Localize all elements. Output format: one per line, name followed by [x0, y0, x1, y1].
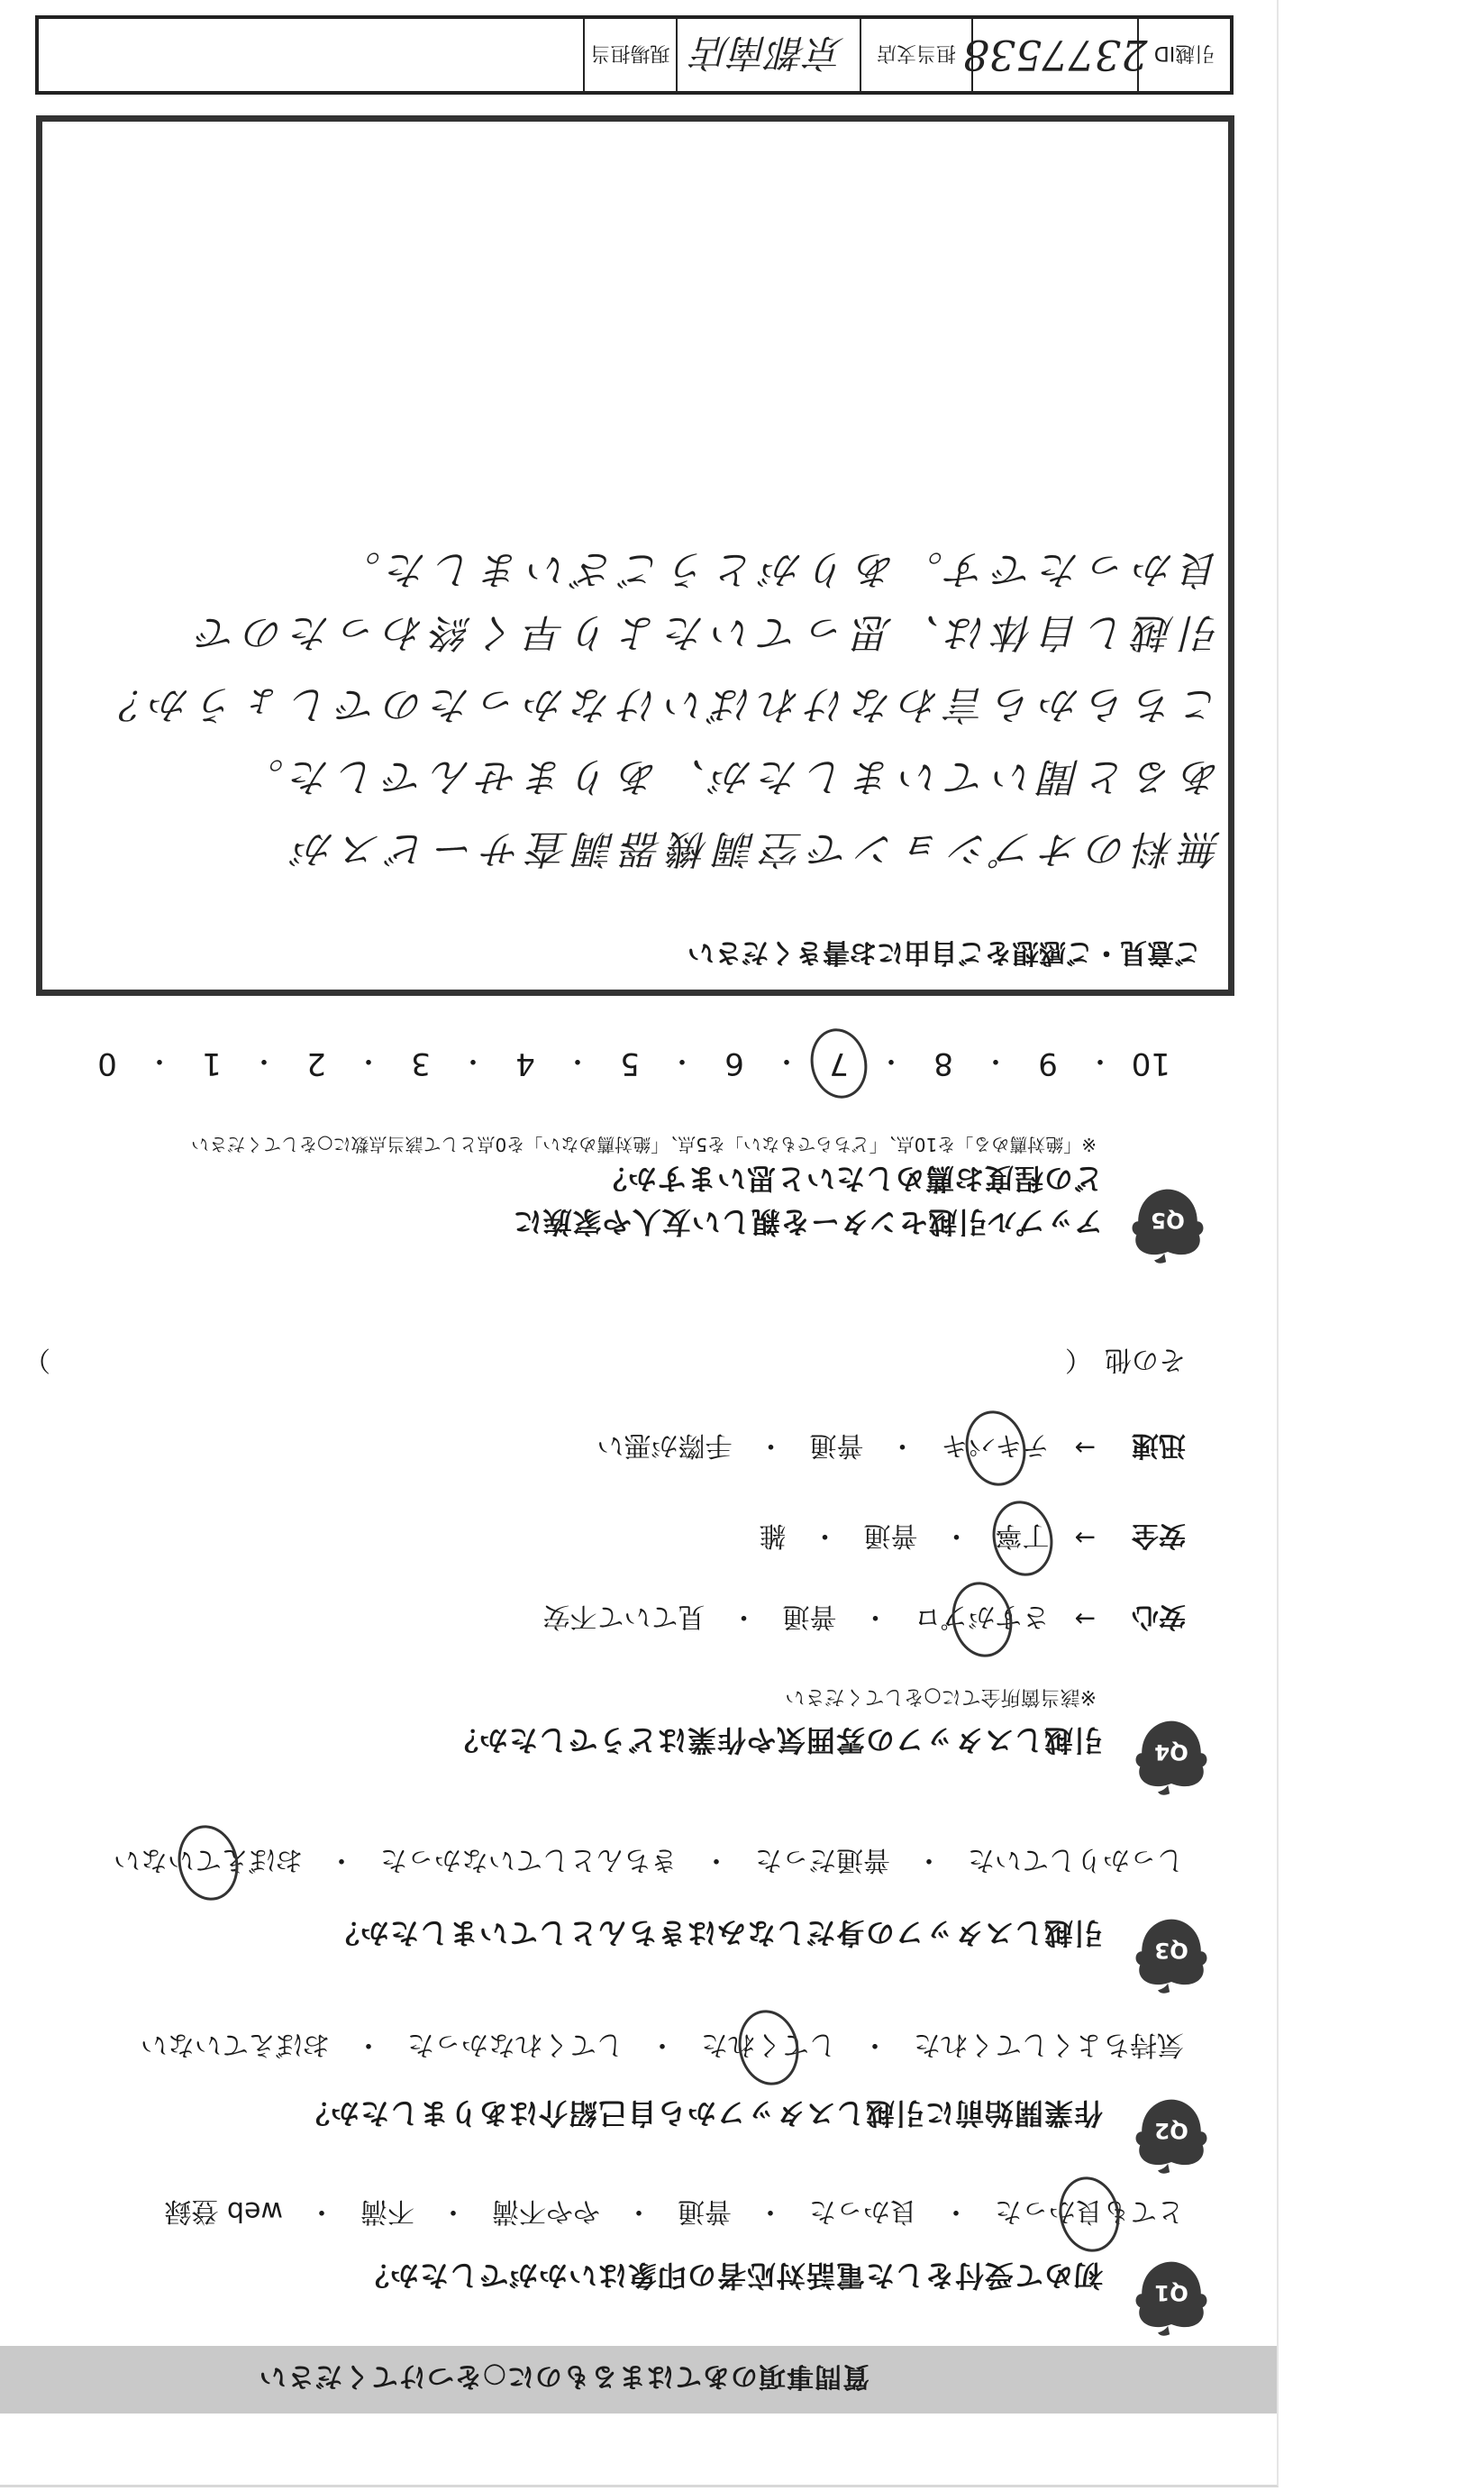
q4-anshin-option-pro[interactable]: さすがプロ: [913, 1600, 1052, 1639]
branch-value-cell[interactable]: 京都南店: [676, 19, 860, 91]
move-id-label: 引越ID: [1154, 41, 1215, 69]
staff-label-cell: 現場担当: [583, 19, 676, 91]
q1-option-somewhat-dissatisfied[interactable]: やや不満: [490, 2194, 602, 2234]
branch-label: 担当支店: [877, 41, 956, 69]
staff-value-cell[interactable]: [39, 19, 583, 91]
q2-option-yes[interactable]: してくれた: [699, 2028, 838, 2067]
q1-option-normal[interactable]: 普通: [676, 2194, 733, 2234]
score-10[interactable]: 10: [1134, 1045, 1170, 1081]
comment-box[interactable]: ご意見・ご感想をご自由にお書きください 無料のオプションで空調機器調査サービスが…: [36, 115, 1234, 996]
q3-title: 引越しスタッフの身だしなみはきちんとしていましたか？: [330, 1914, 1103, 1956]
q4-row-reassurance: 安心 → さすがプロ・ 普通・ 見ていて不安: [542, 1600, 1186, 1639]
survey-sheet: 質問事項のあてはまるものに○をつけてください Q1 初めて受付をした電話対応者の…: [0, 0, 1484, 2491]
move-id-value: 2377538: [963, 31, 1148, 79]
q4-row-label: 迅速: [1096, 1428, 1186, 1468]
q4-jinsoku-option-brisk[interactable]: テキパキ: [940, 1428, 1052, 1468]
move-id-value-cell[interactable]: 2377538: [971, 19, 1137, 91]
comment-line-2: あると聞いていましたが、ありませんでした。: [237, 752, 1221, 809]
move-info-table: 引越ID 2377538 担当支店 京都南店 現場担当: [35, 15, 1234, 95]
comment-line-5: 良かったです。ありがとうございました。: [334, 544, 1221, 602]
q2-option-no[interactable]: してくれなかった: [405, 2028, 625, 2067]
apple-q1-badge-icon: Q1: [1131, 2257, 1212, 2338]
q2-option-pleasantly[interactable]: 気持ちよくしてくれた: [912, 2028, 1186, 2067]
q4-row-label: 安心: [1096, 1600, 1186, 1639]
comment-line-3: こちらから言わなければいけなかったのでしょうか？: [96, 680, 1221, 737]
instructions-band: 質問事項のあてはまるものに○をつけてください: [0, 2346, 1277, 2413]
q4-row-speed: 迅速 → テキパキ・ 普通・ 手際が悪い: [596, 1428, 1186, 1468]
q4-other-row: その他 （ ）: [23, 1343, 1186, 1382]
score-8[interactable]: 8: [925, 1045, 961, 1081]
instructions-text: 質問事項のあてはまるものに○をつけてください: [259, 2360, 869, 2400]
arrow-right-icon: →: [1075, 1524, 1096, 1554]
q4-jinsoku-option-normal[interactable]: 普通: [808, 1428, 866, 1468]
q3-option-not-neat[interactable]: きちんとしていなかった: [378, 1843, 679, 1883]
q1-option-web[interactable]: web 登録: [162, 2194, 285, 2234]
q4-anzen-option-sloppy[interactable]: 雑: [758, 1519, 788, 1558]
q2-options: 気持ちよくしてくれた・ してくれた・ してくれなかった・ おぼえていない: [139, 2028, 1186, 2067]
q5-score-scale: 10・ 9・ 8・ 7・ 6・ 5・ 4・ 3・ 2・ 1・ 0: [89, 1044, 1170, 1083]
q4-title: 引越しスタッフの雰囲気や作業はどうでしたか？: [449, 1721, 1103, 1763]
move-id-label-cell: 引越ID: [1137, 19, 1230, 91]
apple-q3-badge-icon: Q3: [1131, 1914, 1212, 1995]
arrow-right-icon: →: [1075, 1605, 1096, 1635]
q4-anshin-option-normal[interactable]: 普通: [781, 1600, 839, 1639]
comment-line-4: 引越し自体は、思っていたより早く終わったので: [190, 607, 1221, 665]
q4-anzen-option-normal[interactable]: 普通: [862, 1519, 920, 1558]
score-9[interactable]: 9: [1030, 1045, 1066, 1081]
q3-options: しっかりしていた・ 普通だった・ きちんとしていなかった・ おぼえていない: [112, 1843, 1186, 1883]
svg-text:Q5: Q5: [1151, 1208, 1185, 1234]
q4-jinsoku-option-clumsy[interactable]: 手際が悪い: [596, 1428, 734, 1468]
score-6[interactable]: 6: [716, 1045, 752, 1081]
score-1[interactable]: 1: [194, 1045, 230, 1081]
q3-option-neat[interactable]: しっかりしていた: [966, 1843, 1186, 1883]
q5-note: ※「絶対薦める」を10点、「どちらでもない」を5点、「絶対薦めない」を0点として…: [191, 1133, 1097, 1159]
q4-other-label: その他: [1105, 1343, 1186, 1382]
svg-text:Q3: Q3: [1154, 1938, 1188, 1964]
branch-value: 京都南店: [693, 28, 844, 82]
q2-option-dont-remember[interactable]: おぼえていない: [139, 2028, 332, 2067]
q3-option-normal[interactable]: 普通だった: [753, 1843, 892, 1883]
comment-line-1: 無料のオプションで空調機器調査サービスが: [287, 824, 1221, 881]
comment-heading: ご意見・ご感想をご自由にお書きください: [687, 935, 1201, 975]
q4-row-safety: 安全 → 丁寧・ 普通・ 雑: [758, 1519, 1186, 1558]
apple-q4-badge-icon: Q4: [1131, 1716, 1212, 1797]
q4-anshin-option-anxious[interactable]: 見ていて不安: [542, 1600, 707, 1639]
score-4[interactable]: 4: [507, 1045, 543, 1081]
staff-label: 現場担当: [591, 41, 670, 69]
q1-option-dissatisfied[interactable]: 不満: [359, 2194, 416, 2234]
q2-title: 作業開始前に引越しスタッフから自己紹介はありましたか？: [300, 2094, 1103, 2136]
q5-title-line2: どの程度お薦めしたいと思いますか？: [597, 1160, 1103, 1201]
q4-row-label: 安全: [1096, 1519, 1186, 1558]
q4-other-open-paren: （: [1065, 1343, 1092, 1382]
q1-options: とても良かった・ 良かった・ 普通・ やや不満・ 不満・ web 登録: [162, 2194, 1186, 2234]
score-5[interactable]: 5: [612, 1045, 648, 1081]
q4-anzen-option-careful[interactable]: 丁寧: [994, 1519, 1052, 1558]
q4-note: ※該当箇所全てに○をしてください: [785, 1684, 1097, 1712]
score-0[interactable]: 0: [89, 1045, 125, 1081]
arrow-right-icon: →: [1075, 1434, 1096, 1464]
q5-title-line1: アップル引越センターを親しい友人や家族に: [513, 1203, 1103, 1245]
svg-text:Q4: Q4: [1154, 1739, 1188, 1766]
svg-text:Q2: Q2: [1154, 2118, 1188, 2144]
apple-q5-badge-icon: Q5: [1127, 1184, 1208, 1265]
q4-other-close-paren: ）: [23, 1343, 50, 1382]
q3-option-dont-remember[interactable]: おぼえていない: [112, 1843, 305, 1883]
score-7[interactable]: 7: [821, 1045, 857, 1081]
q1-title: 初めて受付をした電話対応者の印象はいかがでしたか？: [360, 2257, 1103, 2298]
q1-option-very-good[interactable]: とても良かった: [993, 2194, 1186, 2234]
score-3[interactable]: 3: [403, 1045, 439, 1081]
q1-option-good[interactable]: 良かった: [807, 2194, 919, 2234]
branch-label-cell: 担当支店: [860, 19, 971, 91]
svg-text:Q1: Q1: [1154, 2280, 1188, 2306]
score-2[interactable]: 2: [298, 1045, 334, 1081]
apple-q2-badge-icon: Q2: [1131, 2094, 1212, 2176]
